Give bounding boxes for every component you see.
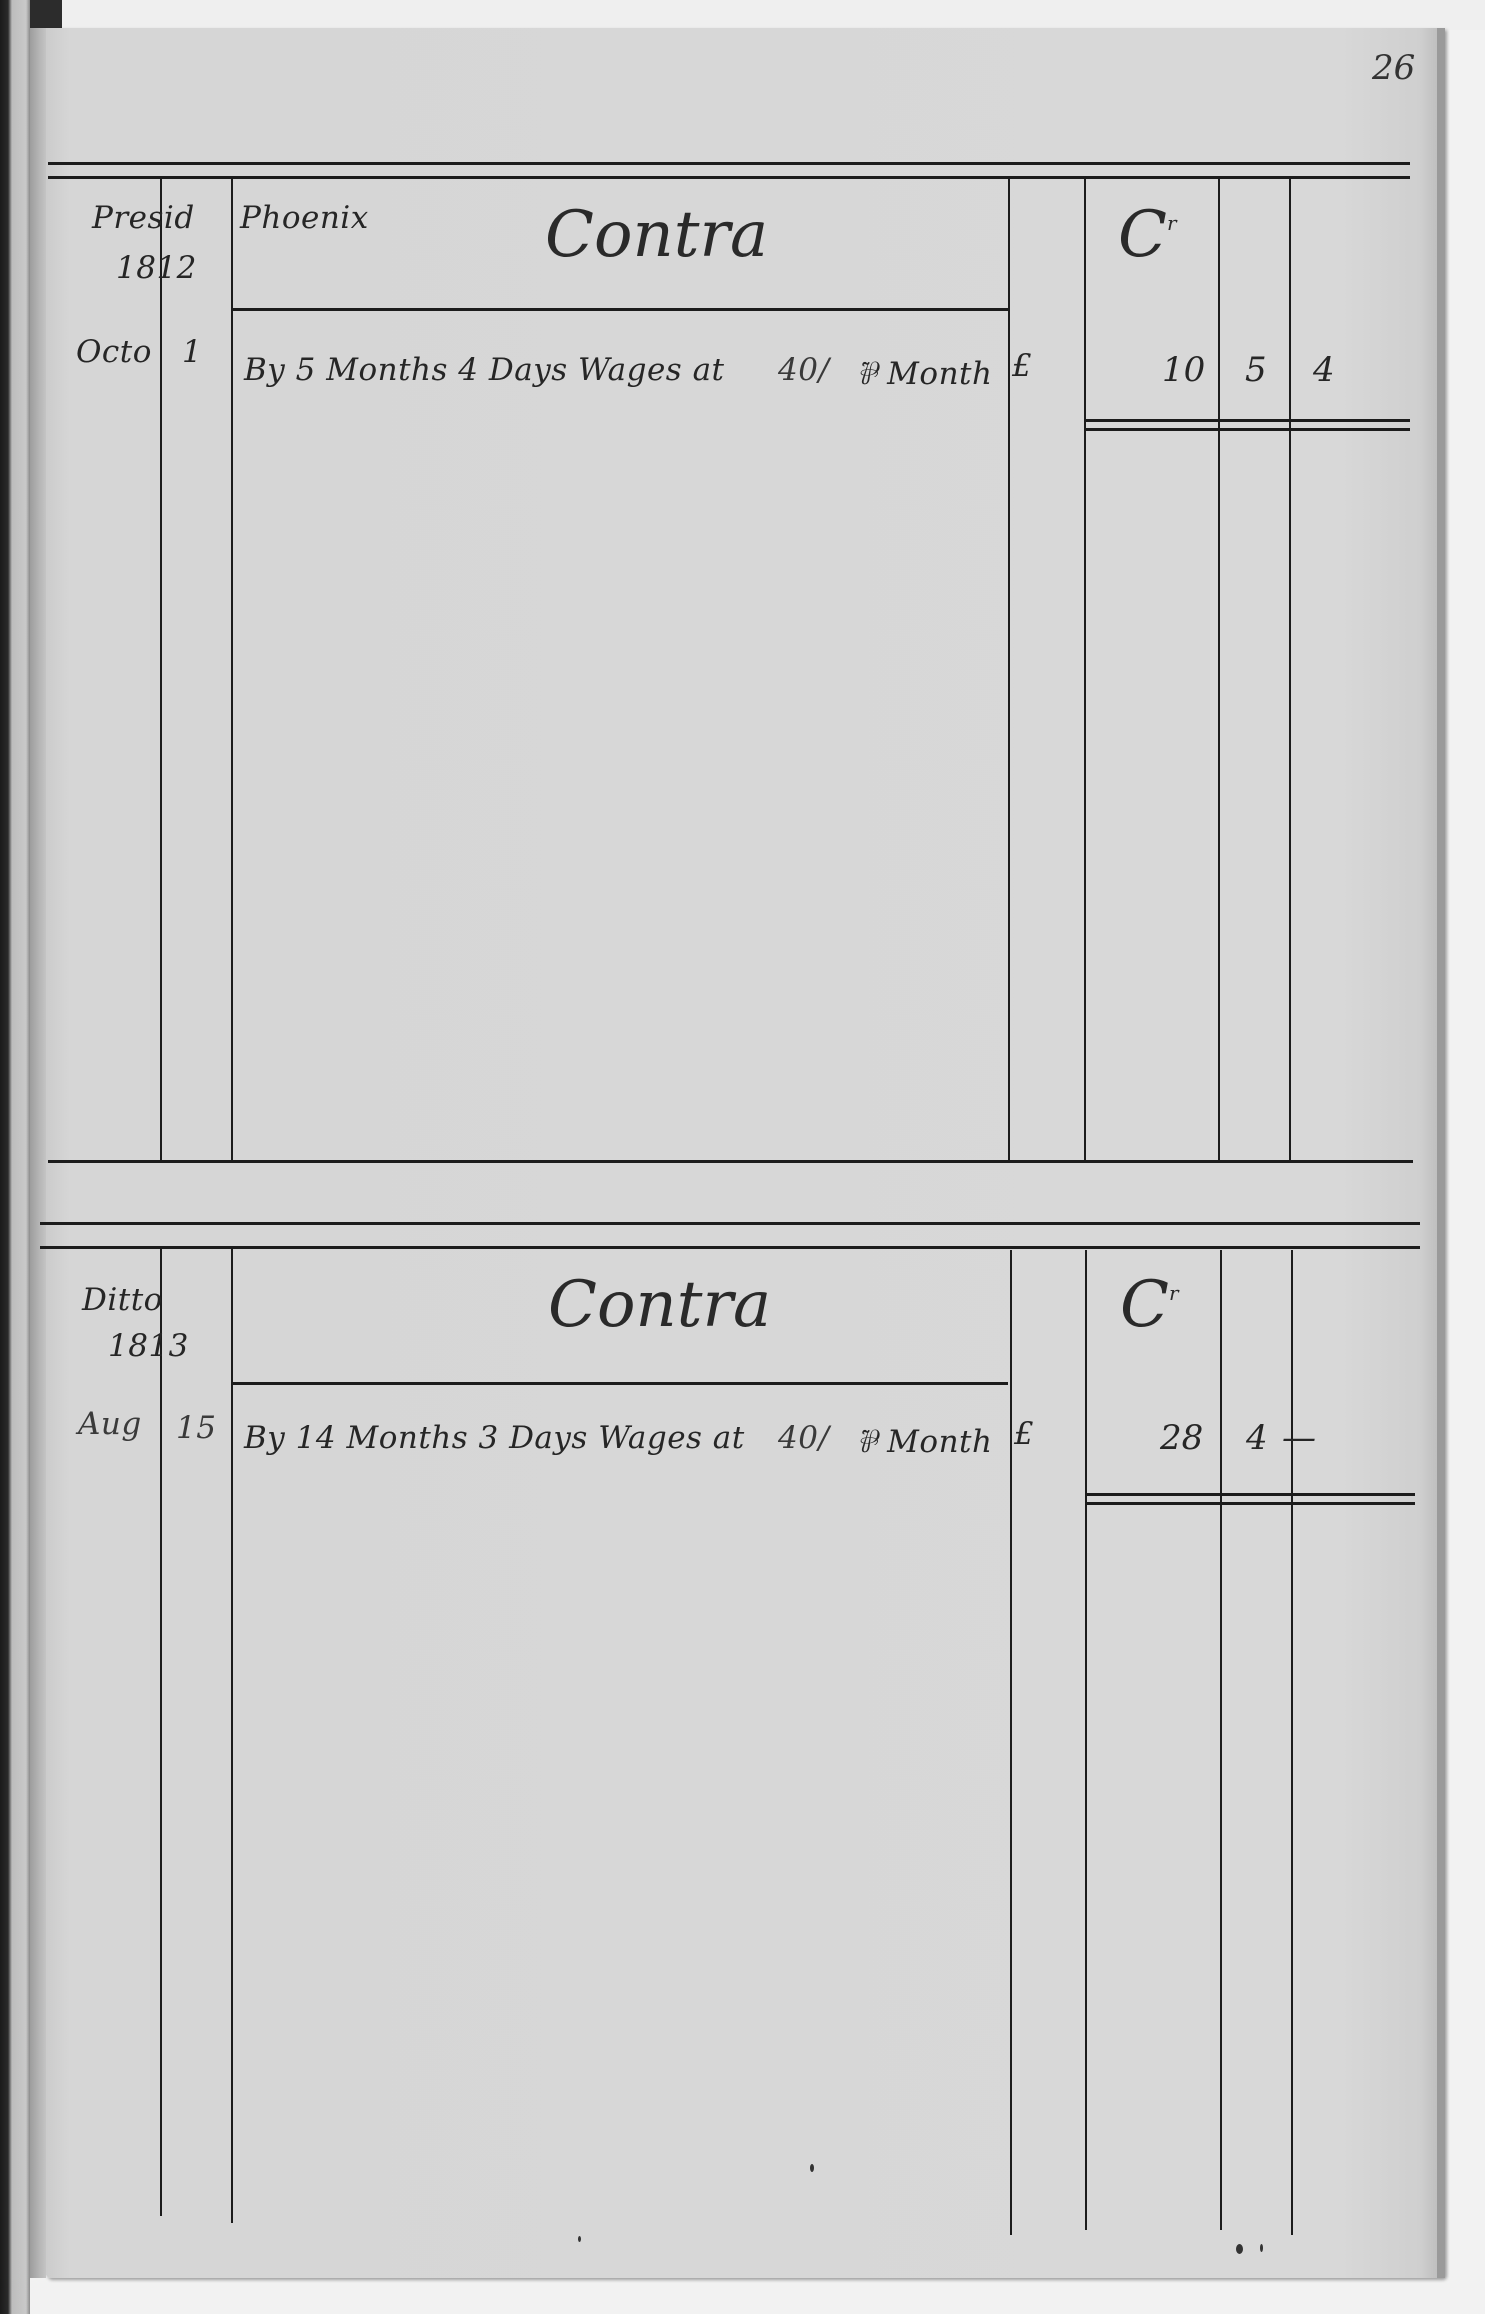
credit-r: r xyxy=(1169,1281,1179,1305)
section2-credit-heading: Cr xyxy=(1120,1268,1179,1342)
section1-credit-heading: Cr xyxy=(1118,198,1177,272)
s2-col-shillings xyxy=(1291,1250,1293,2235)
section2-double-rule-lower xyxy=(40,1246,1420,1249)
entry-month: Aug xyxy=(78,1406,142,1442)
section1-title: Contra xyxy=(545,198,768,272)
section2-total-rule-upper xyxy=(1085,1493,1415,1496)
section1-header-underline xyxy=(232,308,1008,311)
s2-col-folio-left xyxy=(1010,1250,1012,2235)
page-number: 26 xyxy=(1372,48,1415,88)
page-edge xyxy=(1437,28,1445,2278)
top-double-rule-upper xyxy=(48,162,1410,165)
s1-col-day xyxy=(231,176,233,1162)
credit-c: C xyxy=(1118,198,1167,272)
entry-day: 1 xyxy=(182,334,202,370)
entry-description: By 14 Months 3 Days Wages at xyxy=(244,1420,745,1456)
binding-tape xyxy=(30,28,46,2278)
credit-c: C xyxy=(1120,1268,1169,1342)
entry-day: 15 xyxy=(176,1410,216,1446)
amount-pounds: 28 xyxy=(1160,1418,1203,1458)
section2-total-rule-lower xyxy=(1085,1502,1415,1505)
amount-shillings: 5 xyxy=(1245,350,1267,390)
entry-description: By 5 Months 4 Days Wages at xyxy=(244,352,725,388)
section2-year: 1813 xyxy=(108,1328,189,1364)
vessel-prefix: Presid xyxy=(92,200,195,236)
amount-pounds: 10 xyxy=(1162,350,1205,390)
ink-speck xyxy=(578,2236,581,2242)
amount-shillings: 4 xyxy=(1246,1418,1268,1458)
amount-pence: — xyxy=(1282,1418,1316,1458)
s1-col-folio-right xyxy=(1084,176,1086,1162)
entry-per-month: ⅌ Month xyxy=(856,352,992,394)
top-double-rule-lower xyxy=(48,176,1410,179)
ship-name: Phoenix xyxy=(240,200,369,236)
entry-per-month: ⅌ Month xyxy=(856,1420,992,1462)
ink-speck xyxy=(1236,2244,1243,2254)
credit-r: r xyxy=(1167,211,1177,235)
ditto-mark: Ditto xyxy=(82,1282,163,1318)
s2-col-month xyxy=(160,1248,162,2216)
folio-currency: £ xyxy=(1014,1416,1034,1452)
section1-total-rule-upper xyxy=(1085,419,1410,422)
amount-pence: 4 xyxy=(1313,350,1335,390)
s1-col-shillings xyxy=(1289,176,1291,1162)
s1-col-month xyxy=(160,176,162,1162)
s2-col-day xyxy=(231,1248,233,2223)
entry-rate: 40/ xyxy=(778,352,829,388)
section2-header-underline xyxy=(232,1382,1008,1385)
scan-top-margin xyxy=(0,0,1485,30)
folio-currency: £ xyxy=(1012,348,1032,384)
s2-col-folio-right xyxy=(1085,1250,1087,2230)
section1-total-rule-lower xyxy=(1085,428,1410,431)
entry-rate: 40/ xyxy=(778,1420,829,1456)
section2-title: Contra xyxy=(548,1268,771,1342)
ink-speck xyxy=(1260,2244,1263,2252)
ink-speck xyxy=(810,2164,814,2172)
section1-year: 1812 xyxy=(116,250,197,286)
section2-double-rule-upper xyxy=(40,1222,1420,1225)
s1-col-pounds xyxy=(1218,176,1220,1162)
s1-col-folio-left xyxy=(1008,176,1010,1162)
book-binding xyxy=(0,0,30,2314)
s2-col-pounds xyxy=(1220,1250,1222,2230)
entry-month: Octo xyxy=(76,334,152,370)
section1-bottom-rule xyxy=(48,1160,1413,1163)
